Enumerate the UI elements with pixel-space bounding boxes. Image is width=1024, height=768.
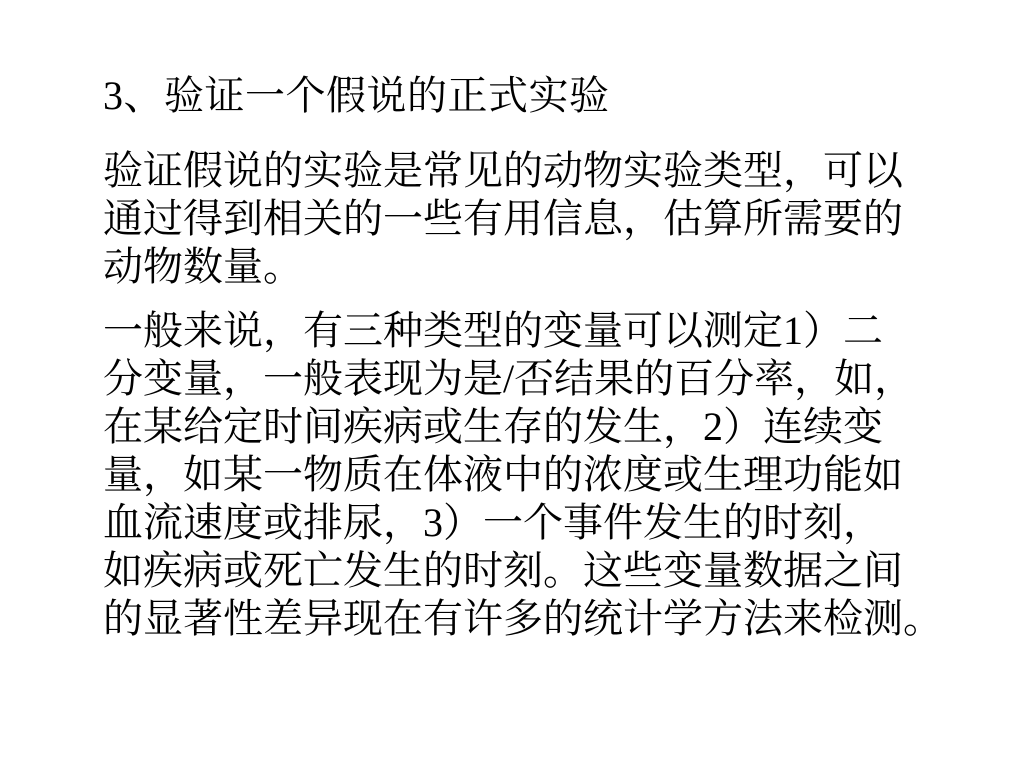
text-line: 动物数量。	[103, 243, 963, 291]
text-line: 如疾病或死亡发生的时刻。这些变量数据之间	[103, 547, 963, 595]
text-line: 通过得到相关的一些有用信息，估算所需要的	[103, 195, 963, 243]
text-line: 量，如某一物质在体液中的浓度或生理功能如	[103, 451, 963, 499]
text-line: 分变量，一般表现为是/否结果的百分率，如，	[103, 355, 963, 403]
text-line: 的显著性差异现在有许多的统计学方法来检测。	[103, 595, 963, 643]
text-line: 验证假说的实验是常见的动物实验类型，可以	[103, 147, 963, 195]
slide-canvas: 3、验证一个假说的正式实验 验证假说的实验是常见的动物实验类型，可以 通过得到相…	[103, 72, 963, 659]
text-line: 在某给定时间疾病或生存的发生，2）连续变	[103, 403, 963, 451]
body-paragraph-1: 验证假说的实验是常见的动物实验类型，可以 通过得到相关的一些有用信息，估算所需要…	[103, 147, 963, 291]
slide-title: 3、验证一个假说的正式实验	[103, 72, 963, 120]
text-line: 血流速度或排尿，3）一个事件发生的时刻，	[103, 499, 963, 547]
text-line: 一般来说，有三种类型的变量可以测定1）二	[103, 307, 963, 355]
body-paragraph-2: 一般来说，有三种类型的变量可以测定1）二 分变量，一般表现为是/否结果的百分率，…	[103, 307, 963, 643]
